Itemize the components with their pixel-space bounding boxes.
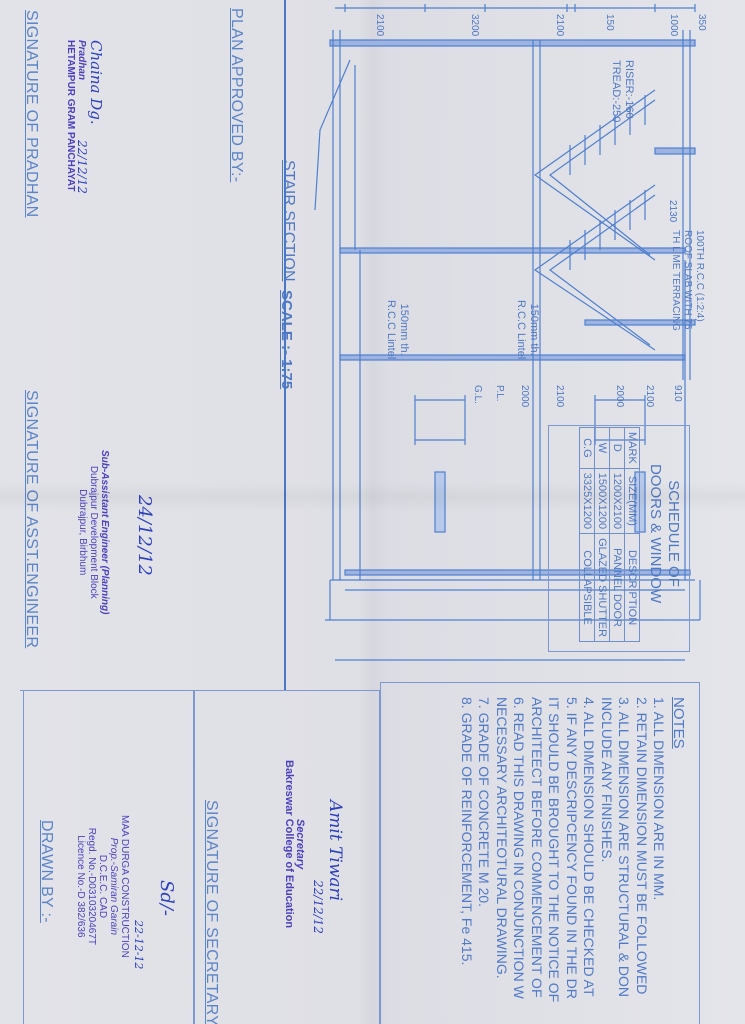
- note-line: INCLUDE ANY FINISHES.: [598, 697, 616, 1024]
- cell-size: 1500X1200: [595, 468, 610, 533]
- secretary-signature: Amit Tiwari: [325, 800, 345, 901]
- dim-2100-a: 2100: [554, 14, 565, 36]
- header-description: DESCRIPTION: [625, 534, 640, 642]
- dim-910: 910: [672, 385, 683, 402]
- asst-engineer-stamp-line: Sub-Assistant Engineer (Planning): [99, 450, 110, 614]
- roof-note-line-2: ROOF SLAB WITH 75: [681, 230, 693, 331]
- dim-2100-c: 2100: [644, 385, 655, 407]
- roof-note-line-1: 100TH R.C.C (1:2:4): [693, 230, 705, 331]
- drawn-by-stamp-line: Prop.-Samiran Garain: [108, 815, 119, 958]
- asst-engineer-signature: 24/12/12: [134, 495, 155, 576]
- drawn-by-stamp-line: Regd. No.-D0310320467T: [86, 815, 97, 958]
- roof-note-line-3: TH LIME TERRACING: [669, 230, 681, 331]
- cell-mark: D: [610, 428, 625, 469]
- secretary-stamp: Secretary Bakreswar College of Education: [283, 760, 305, 928]
- signature-of-asst-engineer: SIGNATURE OF ASST.ENGINEER: [22, 390, 40, 648]
- drawn-by-label: DRAWN BY :-: [37, 820, 55, 923]
- dim-2000-a: 2000: [614, 385, 625, 407]
- note-line: 8. GRADE OF REINFORCEMENT, Fe 415.: [458, 697, 476, 1024]
- table-row: W 1500X1200 GLAZED SHUTTER: [595, 428, 610, 642]
- dim-2100-d: 2100: [554, 385, 565, 407]
- college-name: Bakreswar College of Education: [283, 760, 294, 928]
- drawn-by-stamp-line: D.C.E.C. CAD: [97, 815, 108, 958]
- drawn-by-stamp-line: MAA DURGA CONSTRUCTION: [119, 815, 130, 958]
- dim-3200: 3200: [469, 14, 480, 36]
- stair-section-title: STAIR SECTION: [279, 160, 297, 282]
- signature-of-pradhan: SIGNATURE OF PRADHAN: [22, 10, 40, 218]
- note-line: 1. ALL DIMENSION ARE IN MM.: [650, 697, 668, 1024]
- drawn-by-stamp-line: Licence No.-D 382/636: [75, 815, 86, 958]
- note-line: 7. GRADE OF CONCRETE M 20.: [475, 697, 493, 1024]
- pradhan-signature: Chaina Dg.: [87, 40, 105, 192]
- header-size: SIZE(MM): [625, 468, 640, 533]
- table-row: D 1200X2100 PANNEL DOOR: [610, 428, 625, 642]
- schedule-title-2: DOORS & WINDOW: [646, 435, 664, 632]
- dim-350: 350: [696, 14, 707, 31]
- notes-box: NOTES 1. ALL DIMENSION ARE IN MM. 2. RET…: [380, 682, 700, 1024]
- pl-label: P.L.: [494, 385, 505, 402]
- dim-150: 150: [604, 14, 615, 31]
- table-row: C.G 3325X1200 COLLAPSIBLE: [580, 428, 595, 642]
- cell-size: 3325X1200: [580, 468, 595, 533]
- scale-label: SCALE :- 1:75: [278, 290, 295, 389]
- lintel-note-upper: 150mm th. R.C.C Lintel: [514, 300, 540, 359]
- riser-tread-note: RISER:-160 TREAD:-250: [609, 60, 635, 122]
- dim-2100-b: 2100: [374, 14, 385, 36]
- note-line: 5. IF ANY DESCRIPCENCY FOUND IN THE DR: [563, 697, 581, 1024]
- drawn-by-date: 22-12-12: [132, 920, 145, 969]
- schedule-header-row: MARK SIZE(MM) DESCRIPTION: [625, 428, 640, 642]
- note-line: IT SHOULD BE BROUGHT TO THE NOTICE OF: [545, 697, 563, 1024]
- cell-description: GLAZED SHUTTER: [595, 534, 610, 642]
- gl-label: G.L.: [472, 385, 483, 404]
- drawn-by-signature: Sd/-: [156, 880, 177, 916]
- note-line: 3. ALL DIMENSION ARE STRUCTURAL & DON: [615, 697, 633, 1024]
- dim-2000-b: 2000: [519, 385, 530, 407]
- note-line: 4. ALL DIMENSION SHOULD BE CHECKED AT: [580, 697, 598, 1024]
- pradhan-date: 22/12/12: [75, 140, 89, 194]
- header-mark: MARK: [625, 428, 640, 469]
- tread-text: TREAD:-250: [609, 60, 622, 122]
- signature-of-secretary: SIGNATURE OF SECRETARY: [202, 800, 220, 1024]
- schedule-table: MARK SIZE(MM) DESCRIPTION D 1200X2100 PA…: [579, 427, 640, 642]
- plan-approved-by: PLAN APPROVED BY:-: [227, 8, 245, 182]
- asst-engineer-stamp: Sub-Assistant Engineer (Planning) Dubraj…: [77, 450, 110, 614]
- asst-engineer-stamp-line: Dubrajpur, Birbhum: [77, 450, 88, 614]
- schedule-of-doors-window: SCHEDULE OF DOORS & WINDOW MARK SIZE(MM)…: [579, 425, 690, 642]
- roof-note: 100TH R.C.C (1:2:4) ROOF SLAB WITH 75 TH…: [669, 230, 705, 331]
- cell-mark: C.G: [580, 428, 595, 469]
- asst-engineer-stamp-line: Dubrajpur Development Block: [88, 450, 99, 614]
- note-line: NECESSARY ARCHITEOTURAL DRAWING.: [493, 697, 511, 1024]
- dim-2130: 2130: [667, 200, 678, 222]
- schedule-title-1: SCHEDULE OF: [664, 435, 682, 632]
- note-line: ARCHITEECT BEFORE COMMENCEMENT OF: [528, 697, 546, 1024]
- lintel-lower-line-2: R.C.C Lintel: [384, 300, 397, 359]
- lintel-upper-line-2: R.C.C Lintel: [514, 300, 527, 359]
- cell-description: COLLAPSIBLE: [580, 534, 595, 642]
- drawing-sheet: 350 1000 150 2100 3200 2100 RISER:-160 T…: [0, 0, 745, 1024]
- note-line: 2. RETAIN DIMENSION MUST BE FOLLOWED: [633, 697, 651, 1024]
- riser-text: RISER:-160: [622, 60, 635, 122]
- dim-1000: 1000: [668, 14, 679, 36]
- secretary-title: Secretary: [294, 760, 305, 928]
- note-line: 6. READ THIS DRAWING IN CONJUNCTION W: [510, 697, 528, 1024]
- notes-title: NOTES: [670, 697, 688, 1024]
- section-divider: [284, 0, 286, 690]
- drawn-by-stamp: MAA DURGA CONSTRUCTION Prop.-Samiran Gar…: [75, 815, 130, 958]
- lintel-note-lower: 150mm th. R.C.C Lintel: [384, 300, 410, 359]
- cell-mark: W: [595, 428, 610, 469]
- lintel-upper-line-1: 150mm th.: [527, 300, 540, 359]
- lintel-lower-line-1: 150mm th.: [397, 300, 410, 359]
- cell-size: 1200X2100: [610, 468, 625, 533]
- cell-description: PANNEL DOOR: [610, 534, 625, 642]
- secretary-date: 22/12/12: [311, 880, 325, 934]
